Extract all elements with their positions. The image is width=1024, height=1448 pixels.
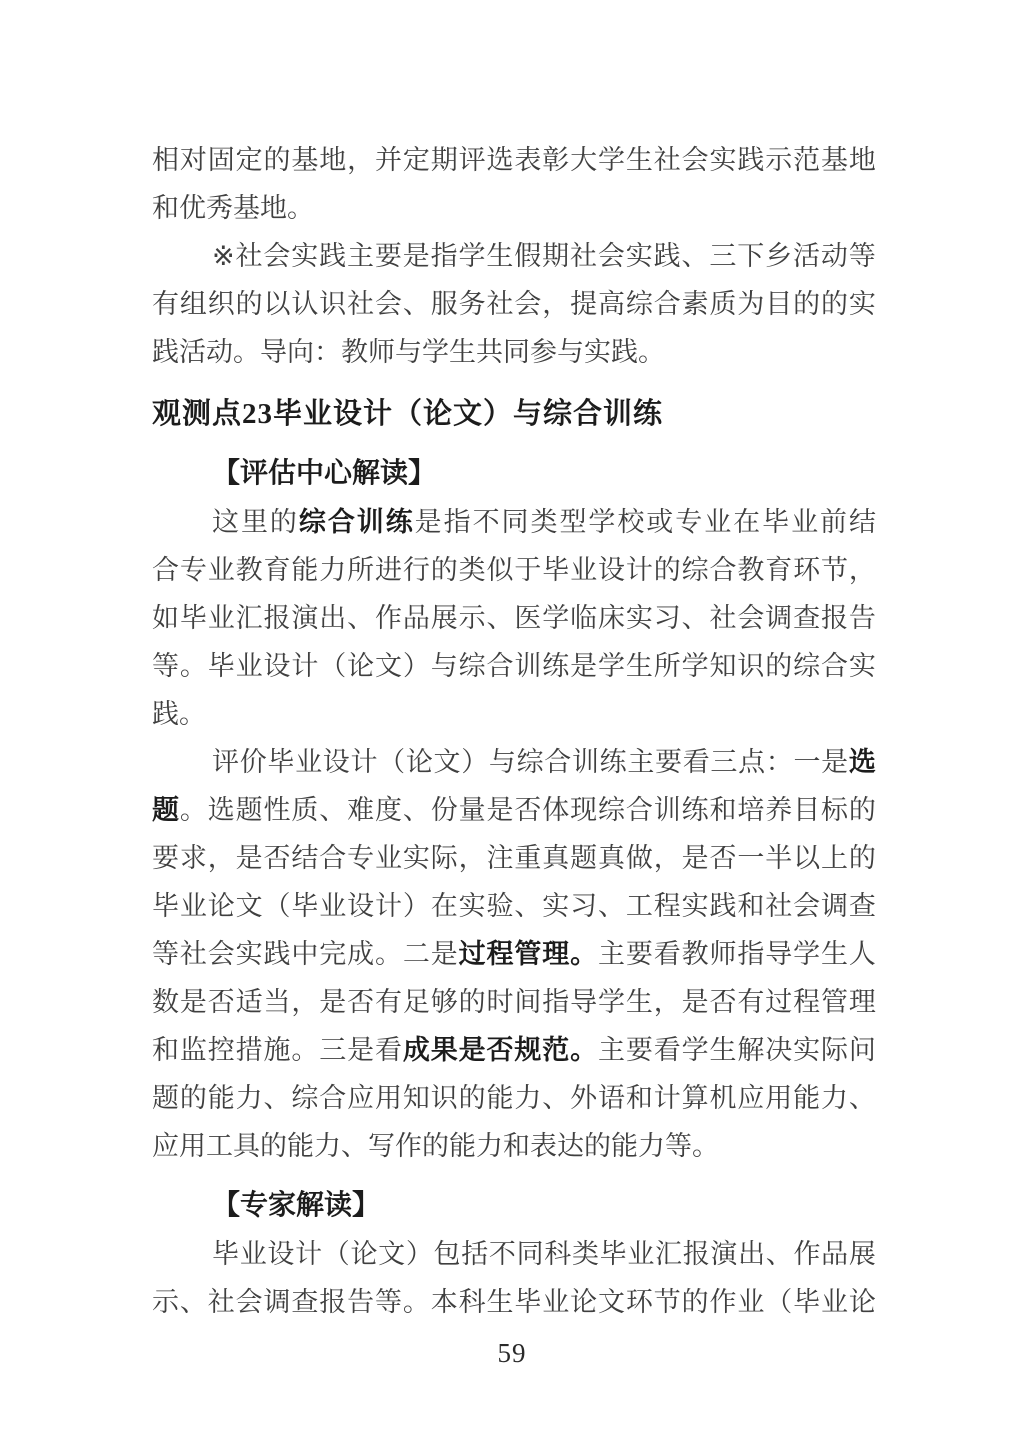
char: 出 [319, 594, 346, 642]
char: 业 [737, 1278, 764, 1326]
char: 训 [514, 642, 541, 690]
char: 训 [572, 738, 599, 786]
bold-char: 练 [386, 498, 413, 546]
char: 类 [572, 1230, 599, 1278]
char: 、 [598, 882, 625, 930]
char: 指 [444, 498, 471, 546]
char: 用 [765, 1074, 792, 1122]
char: 同 [517, 1230, 544, 1278]
text-segment: 践。 [152, 699, 206, 729]
char: 目 [765, 280, 792, 328]
char: 实 [793, 1026, 820, 1074]
char: 文 [375, 642, 402, 690]
char: 提 [570, 280, 597, 328]
char: 调 [264, 1278, 291, 1326]
char: 展 [849, 1230, 876, 1278]
char: 专 [675, 498, 702, 546]
char: 的 [180, 1074, 207, 1122]
char: 是 [682, 978, 709, 1026]
char: 服 [431, 280, 458, 328]
char: 专 [347, 834, 374, 882]
char: 是 [570, 642, 597, 690]
text-line: 践。 [152, 690, 876, 738]
char: 问 [849, 1026, 876, 1074]
char: 组 [180, 280, 207, 328]
char: 主 [347, 232, 374, 280]
char: 同 [502, 498, 529, 546]
char: 的 [431, 546, 458, 594]
char: 毕 [180, 594, 207, 642]
char: 毕 [542, 546, 569, 594]
char: 社 [654, 136, 681, 184]
char: ， [654, 978, 681, 1026]
char: 环 [626, 1278, 653, 1326]
char: 作 [375, 594, 402, 642]
char: 不 [473, 498, 500, 546]
char: 是 [487, 786, 514, 834]
char: ， [849, 546, 876, 594]
bold-char: 题 [152, 786, 179, 834]
char: （ [765, 1278, 792, 1326]
char: 语 [598, 1074, 625, 1122]
char: 质 [710, 280, 737, 328]
char: 力 [236, 1074, 263, 1122]
char: 知 [403, 1074, 430, 1122]
section-heading: 观测点23毕业设计（论文）与综合训练 [152, 390, 876, 438]
char: 高 [598, 280, 625, 328]
char: 主 [598, 930, 625, 978]
char: ， [459, 834, 486, 882]
char: 社 [208, 1278, 235, 1326]
char: 否 [208, 978, 235, 1026]
char: 业 [627, 1230, 654, 1278]
char: 等 [152, 930, 179, 978]
char: 性 [264, 786, 291, 834]
char: 文 [236, 882, 263, 930]
char: 的 [849, 786, 876, 834]
char: 体 [542, 786, 569, 834]
char: （ [264, 882, 291, 930]
char: 、 [347, 594, 374, 642]
char: 文 [598, 1278, 625, 1326]
char: 调 [765, 594, 792, 642]
char: 践 [319, 232, 346, 280]
char: 是 [319, 978, 346, 1026]
char: 合 [487, 642, 514, 690]
char: ） [461, 738, 488, 786]
char: 定 [403, 136, 430, 184]
char: 临 [570, 594, 597, 642]
bold-char: 范 [542, 1026, 569, 1074]
text-line: 题。选题性质、难度、份量是否体现综合训练和培养目标的 [152, 786, 876, 834]
char: 在 [431, 882, 458, 930]
char: 二 [403, 930, 430, 978]
char: 培 [737, 786, 764, 834]
char: 、 [514, 882, 541, 930]
char: 演 [291, 594, 318, 642]
char: 学 [459, 232, 486, 280]
char: 否 [710, 834, 737, 882]
char: 业 [791, 498, 818, 546]
text-line: ※社会实践主要是指学生假期社会实践、三下乡活动等 [152, 232, 876, 280]
char: 师 [710, 930, 737, 978]
subsection-heading: 【专家解读】 [152, 1182, 876, 1230]
char: 当 [264, 978, 291, 1026]
char: 中 [291, 930, 318, 978]
char: 定 [236, 136, 263, 184]
char: 标 [821, 786, 848, 834]
text-line: 和优秀基地。 [152, 184, 876, 232]
char: 学 [598, 136, 625, 184]
text-line: 题的能力、综合应用知识的能力、外语和计算机应用能力、 [152, 1074, 876, 1122]
char: 业 [240, 1230, 267, 1278]
char: 决 [765, 1026, 792, 1074]
char: 学 [598, 642, 625, 690]
char: 实 [291, 232, 318, 280]
bold-char: 程 [487, 930, 514, 978]
char: 习 [654, 594, 681, 642]
char: 度 [375, 786, 402, 834]
char: 的 [682, 1278, 709, 1326]
char: 展 [431, 594, 458, 642]
char: 。 [403, 1278, 430, 1326]
char: 程 [793, 978, 820, 1026]
char: 实 [459, 882, 486, 930]
char: 和 [710, 786, 737, 834]
char: 综 [598, 786, 625, 834]
char: ， [542, 280, 569, 328]
char: 实 [403, 834, 430, 882]
char: 看 [683, 738, 710, 786]
char: 所 [654, 642, 681, 690]
char: 社 [236, 232, 263, 280]
char: 学 [682, 642, 709, 690]
char: 以 [793, 834, 820, 882]
char: 合 [654, 280, 681, 328]
char: 力 [319, 546, 346, 594]
char: 。 [180, 786, 207, 834]
char: 这 [212, 498, 239, 546]
char: 要 [375, 232, 402, 280]
char: 合 [821, 642, 848, 690]
char: 训 [654, 786, 681, 834]
char: 三 [709, 232, 736, 280]
text-line: 有组织的以认识社会、服务社会，提高综合素质为目的的实 [152, 280, 876, 328]
text-line: 应用工具的能力、写作的能力和表达的能力等。 [152, 1122, 876, 1170]
char: 会 [598, 232, 625, 280]
char: 表 [514, 136, 541, 184]
char: 演 [710, 1230, 737, 1278]
char: 设 [323, 738, 350, 786]
char: 为 [737, 280, 764, 328]
char: 节 [821, 546, 848, 594]
char: 节 [654, 1278, 681, 1326]
char: 相 [152, 136, 179, 184]
char: 有 [737, 978, 764, 1026]
char: 会 [682, 136, 709, 184]
char: 监 [180, 1026, 207, 1074]
char: 在 [733, 498, 760, 546]
char: 似 [487, 546, 514, 594]
char: 注 [487, 834, 514, 882]
char: 报 [683, 1230, 710, 1278]
char: 论 [849, 1278, 876, 1326]
char: 和 [626, 1074, 653, 1122]
char: 三 [710, 738, 737, 786]
char: 包 [434, 1230, 461, 1278]
char: 的 [264, 136, 291, 184]
char: 地 [849, 136, 876, 184]
char: 用 [375, 1074, 402, 1122]
char: 机 [710, 1074, 737, 1122]
char: 综 [459, 642, 486, 690]
char: 计 [626, 546, 653, 594]
char: 份 [431, 786, 458, 834]
char: 量 [459, 786, 486, 834]
bold-char: 是 [459, 1026, 486, 1074]
char: 措 [236, 1026, 263, 1074]
char: 是 [431, 930, 458, 978]
char: 是 [415, 498, 442, 546]
char: 力 [514, 1074, 541, 1122]
char: ） [403, 882, 430, 930]
char: 题 [570, 834, 597, 882]
char: 综 [793, 642, 820, 690]
char: 业 [319, 882, 346, 930]
char: 题 [236, 786, 263, 834]
char: ， [291, 978, 318, 1026]
char: 活 [793, 232, 820, 280]
char: 是 [180, 978, 207, 1026]
char: 适 [236, 978, 263, 1026]
char: 社 [710, 594, 737, 642]
char: 、 [403, 786, 430, 834]
char: ） [406, 1230, 433, 1278]
char: 假 [514, 232, 541, 280]
char: 告 [849, 594, 876, 642]
char: 设 [267, 1230, 294, 1278]
document-page: 相对固定的基地，并定期评选表彰大学生社会实践示范基地和优秀基地。※社会实践主要是… [0, 0, 1024, 1448]
char: 等 [152, 642, 179, 690]
char: 练 [600, 738, 627, 786]
char: 如 [152, 594, 179, 642]
char: 习 [570, 882, 597, 930]
char: 等 [375, 1278, 402, 1326]
char: 所 [347, 546, 374, 594]
char: 品 [821, 1230, 848, 1278]
char: 能 [487, 1074, 514, 1122]
text-line: 合专业教育能力所进行的类似于毕业设计的综合教育环节， [152, 546, 876, 594]
char: ： [766, 738, 793, 786]
char: 、 [264, 1074, 291, 1122]
char: 毕 [291, 882, 318, 930]
char: 育 [765, 546, 792, 594]
char: 报 [264, 594, 291, 642]
char: 、 [766, 1230, 793, 1278]
char: 业 [375, 834, 402, 882]
char: 程 [654, 882, 681, 930]
char: 力 [821, 1074, 848, 1122]
char: 类 [530, 498, 557, 546]
char: 真 [598, 834, 625, 882]
char: 论 [570, 1278, 597, 1326]
bold-text: 【专家解读】 [212, 1190, 380, 1221]
char: 解 [737, 1026, 764, 1074]
char: 学 [682, 1026, 709, 1074]
char: 业 [542, 1278, 569, 1326]
char: 论 [347, 642, 374, 690]
char: 主 [627, 738, 654, 786]
char: 选 [487, 136, 514, 184]
char: 有 [152, 280, 179, 328]
char: 练 [542, 642, 569, 690]
char: 要 [626, 1026, 653, 1074]
char: 时 [487, 978, 514, 1026]
char: 报 [821, 594, 848, 642]
char: 生 [487, 1278, 514, 1326]
char: 、 [180, 1278, 207, 1326]
char: 看 [654, 930, 681, 978]
char: 括 [461, 1230, 488, 1278]
bold-char: 。 [570, 1026, 597, 1074]
char: 务 [459, 280, 486, 328]
char: 重 [514, 834, 541, 882]
char: 结 [291, 834, 318, 882]
char: 实 [626, 232, 653, 280]
bold-char: 规 [514, 1026, 541, 1074]
char: 等 [849, 232, 876, 280]
char: 三 [319, 1026, 346, 1074]
char: 基 [291, 136, 318, 184]
char: 一 [793, 738, 820, 786]
char: ， [208, 834, 235, 882]
char: 会 [514, 280, 541, 328]
char: 是 [403, 232, 430, 280]
char: 品 [403, 594, 430, 642]
bold-char: 成 [403, 1026, 430, 1074]
char: 合 [544, 738, 571, 786]
char: 一 [737, 834, 764, 882]
char: 看 [654, 1026, 681, 1074]
text-segment: 应用工具的能力、写作的能力和表达的能力等。 [152, 1131, 719, 1161]
text-line: 示、社会调查报告等。本科生毕业论文环节的作业（毕业论 [152, 1278, 876, 1326]
char: 指 [542, 978, 569, 1026]
char: 做 [626, 834, 653, 882]
char: 业 [570, 546, 597, 594]
char: 织 [208, 280, 235, 328]
char: 生 [710, 1026, 737, 1074]
char: 践 [737, 136, 764, 184]
char: 查 [793, 594, 820, 642]
bold-text: 观测点23毕业设计（论文）与综合训练 [152, 398, 663, 430]
char: 的 [270, 498, 297, 546]
bold-char: 管 [514, 930, 541, 978]
char: 校 [617, 498, 644, 546]
char: 会 [375, 280, 402, 328]
char: 、 [542, 1074, 569, 1122]
char: 毕 [152, 882, 179, 930]
bold-char: 过 [459, 930, 486, 978]
text-line: 这里的综合训练是指不同类型学校或专业在毕业前结 [152, 498, 876, 546]
char: 的 [849, 834, 876, 882]
char: 生 [626, 642, 653, 690]
char: 管 [821, 978, 848, 1026]
char: 告 [347, 1278, 374, 1326]
char: 期 [431, 136, 458, 184]
char: 教 [236, 546, 263, 594]
char: 或 [646, 498, 673, 546]
char: 要 [152, 834, 179, 882]
char: 综 [517, 738, 544, 786]
char: 是 [347, 1026, 374, 1074]
char: 作 [793, 1230, 820, 1278]
char: 于 [514, 546, 541, 594]
char: 是 [821, 738, 848, 786]
char: （ [319, 642, 346, 690]
bold-char: 选 [849, 738, 876, 786]
text-line: 和监控措施。三是看成果是否规范。主要看学生解决实际问 [152, 1026, 876, 1074]
char: 理 [849, 978, 876, 1026]
char: 床 [598, 594, 625, 642]
char: 环 [793, 546, 820, 594]
char: 价 [240, 738, 267, 786]
char: 和 [152, 1026, 179, 1074]
char: 练 [682, 786, 709, 834]
char: 调 [821, 882, 848, 930]
char: 设 [264, 642, 291, 690]
char: 本 [431, 1278, 458, 1326]
char: 论 [406, 738, 433, 786]
char: 计 [654, 1074, 681, 1122]
char: 与 [489, 738, 516, 786]
char: 查 [849, 882, 876, 930]
char: 的 [236, 280, 263, 328]
char: 业 [180, 882, 207, 930]
char: 能 [208, 1074, 235, 1122]
char: 实 [710, 136, 737, 184]
char: 合 [319, 1074, 346, 1122]
char: 工 [626, 882, 653, 930]
char: 素 [682, 280, 709, 328]
char: 固 [208, 136, 235, 184]
char: 控 [208, 1026, 235, 1074]
char: 对 [180, 136, 207, 184]
char: ） [403, 642, 430, 690]
char: 实 [542, 882, 569, 930]
char: 进 [375, 546, 402, 594]
char: 间 [514, 978, 541, 1026]
char: 基 [821, 136, 848, 184]
char: 。 [291, 1026, 318, 1074]
char: 学 [793, 930, 820, 978]
bold-char: 合 [328, 498, 355, 546]
char: 应 [347, 1074, 374, 1122]
char: 设 [347, 882, 374, 930]
char: 类 [459, 546, 486, 594]
char: 毕 [212, 1230, 239, 1278]
char: 生 [626, 978, 653, 1026]
char: 成 [347, 930, 374, 978]
text-line: 相对固定的基地，并定期评选表彰大学生社会实践示范基地 [152, 136, 876, 184]
char: 是 [236, 834, 263, 882]
char: 认 [291, 280, 318, 328]
char: 范 [793, 136, 820, 184]
char: 社 [765, 882, 792, 930]
char: 业 [295, 738, 322, 786]
char: 识 [737, 642, 764, 690]
char: 毕 [762, 498, 789, 546]
char: 现 [570, 786, 597, 834]
